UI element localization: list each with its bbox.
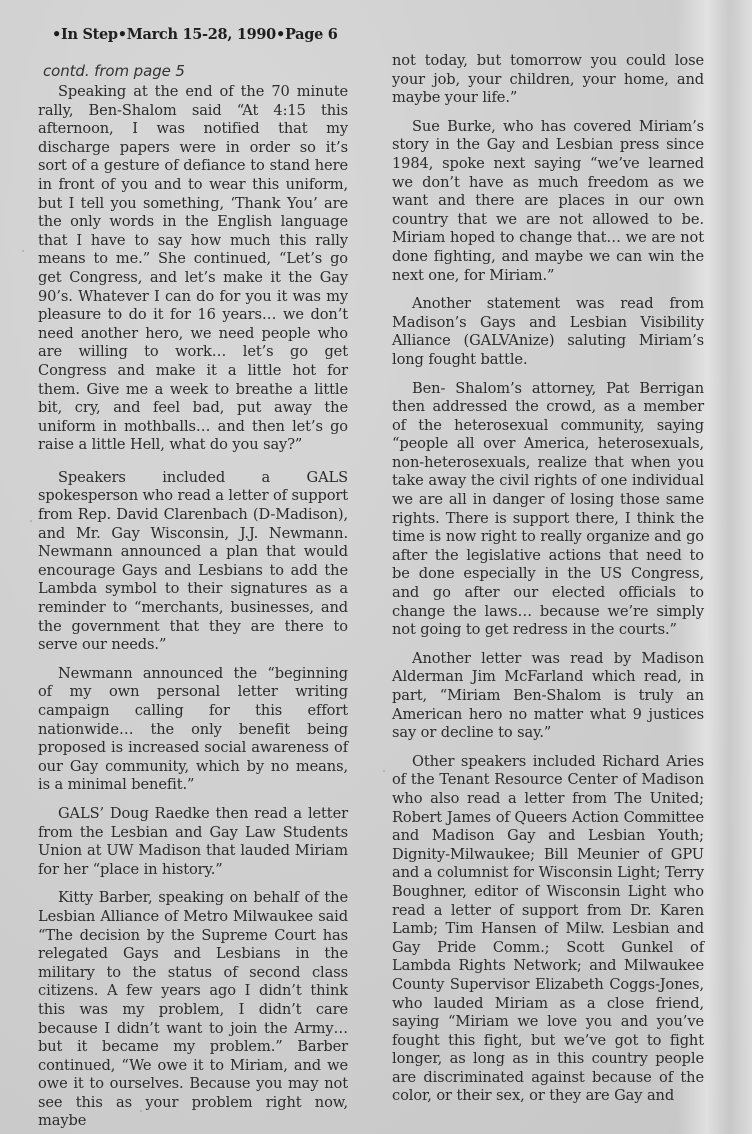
paragraph: Another letter was read by Madison Alder… xyxy=(392,650,704,743)
article-column-left: contd. from page 5 Speaking at the end o… xyxy=(38,62,348,1134)
paragraph: not today, but tomorrow you could lose y… xyxy=(392,52,704,108)
newspaper-page: •In Step•March 15-28, 1990•Page 6 contd.… xyxy=(0,0,752,1134)
paper-speck xyxy=(383,770,385,772)
paragraph: Speakers included a GALS spokesperson wh… xyxy=(38,469,348,655)
paper-speck xyxy=(140,1110,142,1112)
article-column-right: not today, but tomorrow you could lose y… xyxy=(392,52,704,1116)
paragraph: Sue Burke, who has covered Miriam’s stor… xyxy=(392,118,704,285)
masthead-line: •In Step•March 15-28, 1990•Page 6 xyxy=(52,26,338,43)
paragraph: Ben- Shalom’s attorney, Pat Berrigan the… xyxy=(392,380,704,640)
paragraph: Another statement was read from Madison’… xyxy=(392,295,704,369)
paragraph: Kitty Barber, speaking on behalf of the … xyxy=(38,889,348,1131)
paper-speck xyxy=(30,520,32,522)
paper-speck xyxy=(22,250,24,252)
paragraph: Speaking at the end of the 70 minute ral… xyxy=(38,83,348,455)
continuation-kicker: contd. from page 5 xyxy=(43,62,348,80)
paragraph: GALS’ Doug Raedke then read a letter fro… xyxy=(38,805,348,879)
paragraph: Other speakers included Richard Aries of… xyxy=(392,753,704,1106)
paragraph: Newmann announced the “beginning of my o… xyxy=(38,665,348,795)
